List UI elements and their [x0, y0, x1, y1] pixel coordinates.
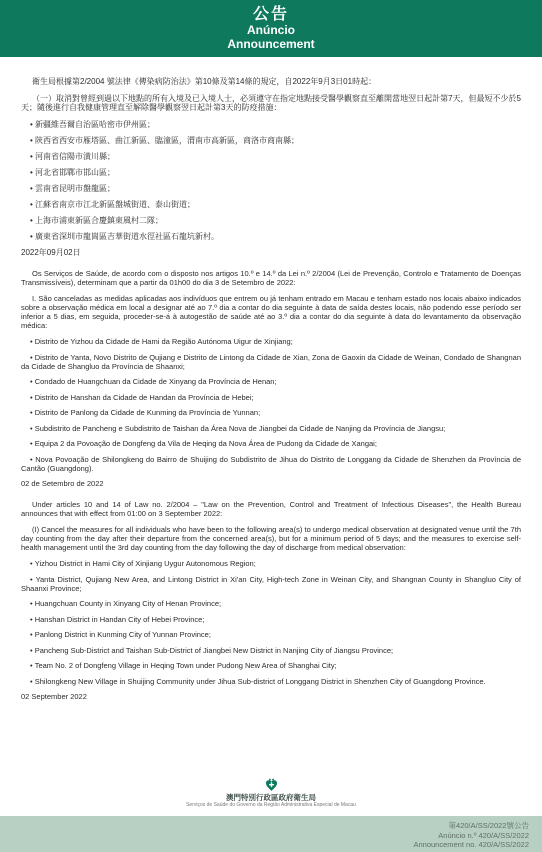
list-item: Yanta District, Qujiang New Area, and Li… [21, 575, 521, 593]
location-list-en: Yizhou District in Hami City of Xinjiang… [21, 559, 521, 686]
document-body: 衛生局根據第2/2004 號法律《傳染病防治法》第10條及第14條的規定，自20… [0, 57, 542, 701]
section-chinese: 衛生局根據第2/2004 號法律《傳染病防治法》第10條及第14條的規定，自20… [21, 77, 521, 257]
list-item: 河北省邯鄲市邯山區； [21, 168, 521, 178]
legal-basis-paragraph-pt: Os Serviços de Saúde, de acordo com o di… [21, 269, 521, 287]
org-name-portuguese: Serviços de Saúde do Governo da Região A… [0, 802, 542, 808]
list-item: 陝西省西安市雁塔區、曲江新區、臨潼區，渭南市高新區，商洛市商南縣； [21, 136, 521, 146]
section-portuguese: Os Serviços de Saúde, de acordo com o di… [21, 269, 521, 488]
date-line-en: 02 September 2022 [21, 692, 521, 701]
list-item: 江蘇省南京市江北新區盤城街道、泰山街道； [21, 200, 521, 210]
location-list-pt: Distrito de Yizhou da Cidade de Hami da … [21, 337, 521, 473]
list-item: Pancheng Sub-District and Taishan Sub-Di… [21, 646, 521, 655]
org-name-chinese: 澳門特別行政區政府衛生局 [0, 793, 542, 802]
list-item: Subdistrito de Pancheng e Subdistrito de… [21, 424, 521, 433]
location-list-zh: 新疆維吾爾自治區哈密市伊州區；陝西省西安市雁塔區、曲江新區、臨潼區，渭南市高新區… [21, 120, 521, 242]
list-item: 上海市浦東新區合慶鎮東風村二隊； [21, 216, 521, 226]
list-item: 雲南省昆明市盤龍區； [21, 184, 521, 194]
list-item: 廣東省深圳市龍崗區吉華街道水徑社區石龍坑新村。 [21, 232, 521, 242]
list-item: Hanshan District in Handan City of Hebei… [21, 615, 521, 624]
section-english: Under articles 10 and 14 of Law no. 2/20… [21, 500, 521, 701]
list-item: Nova Povoação de Shilongkeng do Bairro d… [21, 455, 521, 473]
page-title-portuguese: Anúncio [247, 24, 295, 37]
list-item: 河南省信陽市潢川縣； [21, 152, 521, 162]
page-title-chinese: 公告 [253, 6, 289, 24]
legal-basis-paragraph-zh: 衛生局根據第2/2004 號法律《傳染病防治法》第10條及第14條的規定，自20… [21, 77, 521, 87]
reference-number-en: Announcement no. 420/A/SS/2022 [0, 840, 529, 850]
footer-reference-bar: 第420/A/SS/2022號公告 Anúncio n.º 420/A/SS/2… [0, 816, 542, 852]
list-item: Team No. 2 of Dongfeng Village in Heqing… [21, 661, 521, 670]
reference-number-zh: 第420/A/SS/2022號公告 [0, 821, 529, 831]
list-item: Huangchuan County in Xinyang City of Hen… [21, 599, 521, 608]
list-item: Distrito de Yizhou da Cidade de Hami da … [21, 337, 521, 346]
list-item: Distrito de Hanshan da Cidade de Handan … [21, 393, 521, 402]
legal-basis-paragraph-en: Under articles 10 and 14 of Law no. 2/20… [21, 500, 521, 518]
measures-paragraph-pt: I. São canceladas as medidas aplicadas a… [21, 294, 521, 330]
measures-paragraph-zh: （一）取消對曾經到過以下地點的所有入境及已入境人士，必須遵守在指定地點接受醫學觀… [21, 94, 521, 113]
list-item: Panlong District in Kunming City of Yunn… [21, 630, 521, 639]
list-item: Distrito de Panlong da Cidade de Kunming… [21, 408, 521, 417]
measures-paragraph-en: (I) Cancel the measures for all individu… [21, 525, 521, 552]
header-banner: 公告 Anúncio Announcement [0, 0, 542, 57]
heart-cross-icon [264, 778, 279, 792]
list-item: Shilongkeng New Village in Shuijing Comm… [21, 677, 521, 686]
date-line-pt: 02 de Setembro de 2022 [21, 479, 521, 488]
list-item: Equipa 2 da Povoação de Dongfeng da Vila… [21, 439, 521, 448]
list-item: 新疆維吾爾自治區哈密市伊州區； [21, 120, 521, 130]
list-item: Distrito de Yanta, Novo Distrito de Quji… [21, 353, 521, 371]
list-item: Condado de Huangchuan da Cidade de Xinya… [21, 377, 521, 386]
health-bureau-logo: 澳門特別行政區政府衛生局 Serviços de Saúde do Govern… [0, 778, 542, 808]
reference-number-pt: Anúncio n.º 420/A/SS/2022 [0, 831, 529, 841]
list-item: Yizhou District in Hami City of Xinjiang… [21, 559, 521, 568]
page-title-english: Announcement [227, 37, 314, 51]
date-line-zh: 2022年09月02日 [21, 248, 521, 258]
